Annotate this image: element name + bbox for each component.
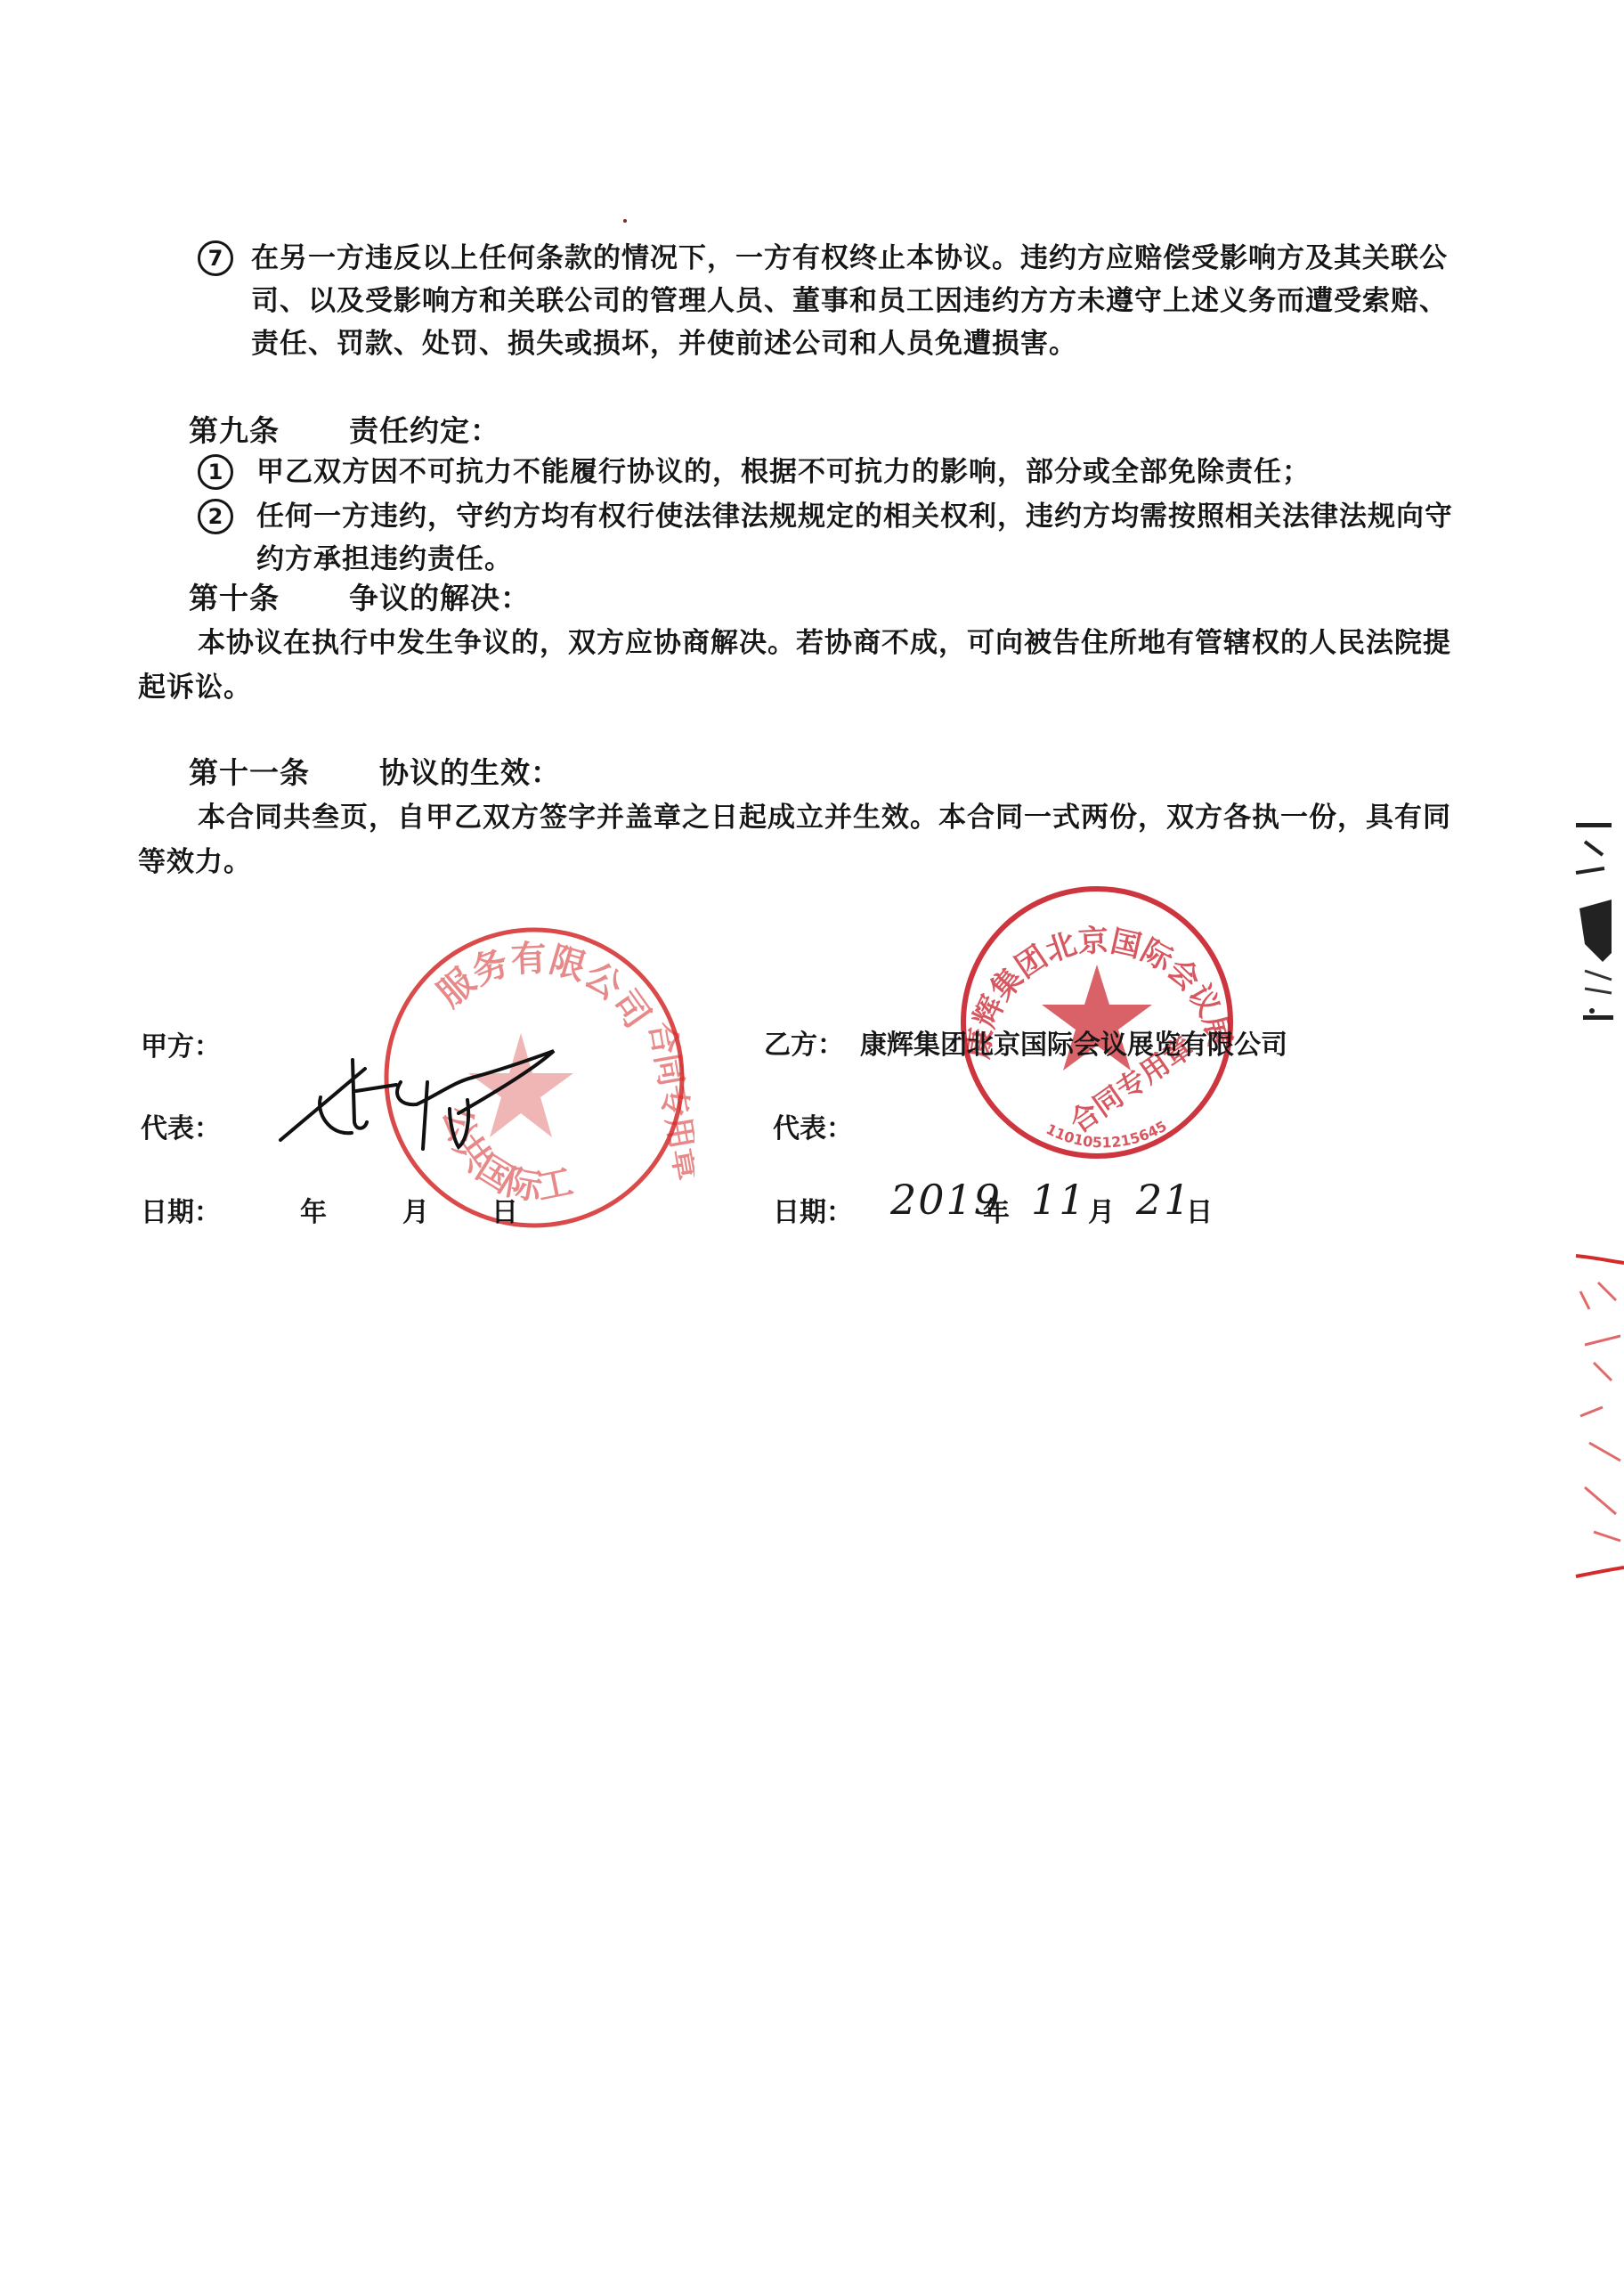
item-number-2: 2 — [198, 499, 233, 534]
article10-subtitle: 争议的解决： — [349, 581, 531, 615]
party-b-day-label: 日 — [1186, 1190, 1213, 1229]
scan-speck — [623, 219, 627, 223]
article10-heading: 第十条争议的解决： — [189, 581, 531, 616]
item7-line-2: 司、以及受影响方和关联公司的管理人员、董事和员工因违约方方未遵守上述义务而遭受索… — [251, 283, 1448, 319]
party-b-month-handwritten: 11 — [1031, 1176, 1087, 1224]
article11-title: 第十一条 — [189, 755, 310, 790]
party-b-label: 乙方： — [764, 1022, 844, 1062]
article10-title: 第十条 — [189, 581, 280, 615]
party-a-month-label: 月 — [402, 1190, 429, 1229]
party-a-rep-label: 代表： — [141, 1106, 221, 1145]
svg-text:1101051215645: 1101051215645 — [1043, 1118, 1170, 1152]
article11-line-1: 本合同共叁页，自甲乙双方签字并盖章之日起成立并生效。本合同一式两份，双方各执一份… — [198, 800, 1451, 835]
item7-line-1: 在另一方违反以上任何条款的情况下，一方有权终止本协议。违约方应赔偿受影响方及其关… — [251, 240, 1448, 276]
party-a-date-label: 日期： — [141, 1190, 221, 1229]
party-b-day-handwritten: 21 — [1136, 1176, 1192, 1224]
edge-seal-black — [1549, 819, 1624, 1104]
article9-heading: 第九条责任约定： — [189, 413, 500, 449]
party-b-month-label: 月 — [1088, 1190, 1115, 1229]
party-a-year-label: 年 — [300, 1190, 327, 1229]
contract-page: 7 在另一方违反以上任何条款的情况下，一方有权终止本协议。违约方应赔偿受影响方及… — [0, 0, 1624, 2280]
article10-line-1: 本协议在执行中发生争议的，双方应协商解决。若协商不成，可向被告住所地有管辖权的人… — [198, 625, 1451, 661]
party-b-rep-label: 代表： — [773, 1106, 853, 1145]
svg-text:服务有限公司: 服务有限公司 — [430, 938, 658, 1035]
party-b-company: 康辉集团北京国际会议展览有限公司 — [860, 1022, 1287, 1062]
article9-item2-line-1: 任何一方违约，守约方均有权行使法律法规规定的相关权利，违约方均需按照相关法律法规… — [256, 499, 1453, 534]
article9-item2-line-2: 约方承担违约责任。 — [256, 541, 513, 577]
party-a-label: 甲方： — [141, 1024, 221, 1063]
article11-heading: 第十一条协议的生效： — [189, 755, 561, 791]
article10-line-2: 起诉讼。 — [138, 670, 252, 705]
party-b-date-label: 日期： — [773, 1190, 853, 1229]
article9-item1-line-1: 甲乙双方因不可抗力不能履行协议的，根据不可抗力的影响，部分或全部免除责任； — [256, 454, 1311, 490]
party-a-signature[interactable] — [267, 1033, 570, 1158]
party-a-day-label: 日 — [491, 1190, 518, 1229]
article11-subtitle: 协议的生效： — [379, 755, 561, 790]
article11-line-2: 等效力。 — [138, 844, 252, 880]
svg-text:合同专用章: 合同专用章 — [642, 1019, 694, 1184]
item-number-1: 1 — [198, 454, 233, 490]
item7-line-3: 责任、罚款、处罚、损失或损坏，并使前述公司和人员免遭损害。 — [251, 326, 1077, 362]
article9-subtitle: 责任约定： — [349, 413, 500, 448]
party-b-year-label: 年 — [983, 1190, 1010, 1229]
article9-title: 第九条 — [189, 413, 280, 448]
item-number-7: 7 — [198, 240, 233, 276]
edge-seal-red — [1549, 1247, 1624, 1585]
